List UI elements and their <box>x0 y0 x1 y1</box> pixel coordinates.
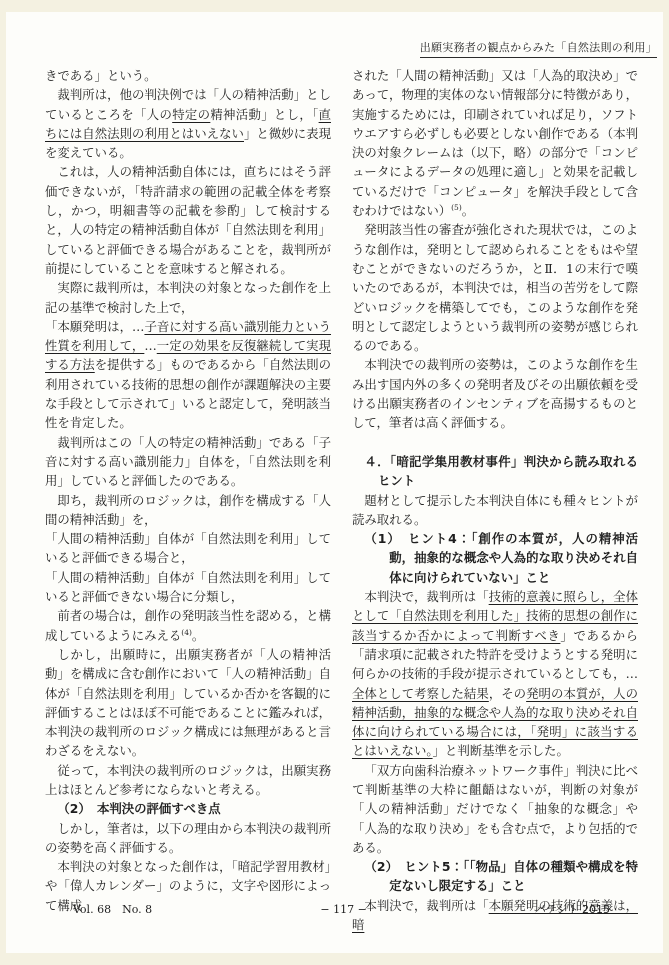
paragraph: 裁判所はこの「人の特定の精神活動」である「子音に対する高い識別能力」自体を，「自… <box>45 433 331 491</box>
text-run: これは，人の精神活動自体には，直ちにはそう評価できないが，「特許請求の範囲の記載… <box>45 164 331 275</box>
paragraph: 実際に裁判所は，本判決の対象となった創作を上記の基準で検討した上で， <box>45 278 331 317</box>
text-run: ４．「暗記学集用教材事件」判決から読み取れるヒント <box>364 454 638 488</box>
right-column: された「人間の精神活動」又は「人為的取決め」であって，物理的実体のない情報部分に… <box>352 66 638 934</box>
text-run: （2） ヒント5：「「物品」自体の種類や構成を特定ないし限定する」こと <box>364 859 638 893</box>
paragraph: 従って，本判決の裁判所のロジックは，出願実務上はほとんど参考にならないと考える。 <box>45 761 331 800</box>
text-run: （1） ヒント4：「創作の本質が，人の精神活動，抽象的な概念や人為的な取り決めそ… <box>364 531 638 585</box>
paragraph: 本判決で，裁判所は「技術的意義に照らし，全体として「自然法則を利用した」技術的思… <box>352 587 638 761</box>
text-run: 実際に裁判所は，本判決の対象となった創作を上記の基準で検討した上で， <box>45 280 331 314</box>
text-run: しかし，出願時に，出願実務者が「人の精神活動」を構成に含む創作において「人の精神… <box>45 647 331 758</box>
text-run: 」と判断基準を示した。 <box>433 743 569 758</box>
paragraph: 即ち，裁判所のロジックは，創作を構成する「人間の精神活動」を， <box>45 491 331 530</box>
document-page: 出願実務者の観点からみた「自然法則の利用」 きである」という。裁判所は，他の判決… <box>0 0 669 965</box>
text-run: 発明該当性の審査が強化された現状では，このような創作は，発明として認められること… <box>352 222 638 353</box>
text-run: 精神活動」とし，「 <box>210 107 318 122</box>
footer-journal-name: パテント 2015 <box>535 901 610 917</box>
text-run: 前者の場合は，創作の発明該当性を認める，と構成しているようにみえる <box>45 608 331 642</box>
section-heading: ４．「暗記学集用教材事件」判決から読み取れるヒント <box>352 452 638 491</box>
paragraph: 「人間の精神活動」自体が「自然法則を利用」していると評価できる場合と， <box>45 529 331 568</box>
text-run: 題材として提示した本判決自体にも種々ヒントが読み取れる。 <box>352 493 638 527</box>
footnote-marker: (4) <box>181 627 192 636</box>
text-run: 即ち，裁判所のロジックは，創作を構成する「人間の精神活動」を， <box>45 493 331 527</box>
text-run: 。 <box>462 203 474 218</box>
paragraph: 題材として提示した本判決自体にも種々ヒントが読み取れる。 <box>352 491 638 530</box>
paragraph-spacer <box>352 433 638 452</box>
paragraph: きである」という。 <box>45 66 331 85</box>
left-column: きである」という。裁判所は，他の判決例では「人の精神活動」としているところを「人… <box>45 66 331 934</box>
text-run: 「本願発明は，… <box>45 319 144 334</box>
text-run: された「人間の精神活動」又は「人為的取決め」であって，物理的実体のない情報部分に… <box>352 68 638 218</box>
footer-volume-number: Vol. 68 No. 8 <box>73 901 152 917</box>
paragraph: これは，人の精神活動自体には，直ちにはそう評価できないが，「特許請求の範囲の記載… <box>45 162 331 278</box>
underlined-text: 特定の <box>172 107 210 122</box>
footer-page-number: − 117 − <box>320 903 366 916</box>
text-run: 従って，本判決の裁判所のロジックは，出願実務上はほとんど参考にならないと考える。 <box>45 763 331 797</box>
underlined-text: 全体として考察した結果 <box>352 686 489 701</box>
text-run: （2） 本判決の評価すべき点 <box>57 801 220 816</box>
text-run: 。 <box>192 628 204 643</box>
text-run: 「人間の精神活動」自体が「自然法則を利用」していると評価できる場合と， <box>45 531 331 565</box>
paragraph: 本判決での裁判所の姿勢は，このような創作を生み出す国内外の多くの発明者及びその出… <box>352 355 638 432</box>
paragraph: しかし，筆者は，以下の理由から本判決の裁判所の姿勢を高く評価する。 <box>45 819 331 858</box>
paragraph: 「本願発明は，…子音に対する高い識別能力という性質を利用して，…一定の効果を反復… <box>45 317 331 433</box>
hint-heading: （1） ヒント4：「創作の本質が，人の精神活動，抽象的な概念や人為的な取り決めそ… <box>352 529 638 587</box>
footnote-marker: (5) <box>451 203 462 212</box>
text-run: 本判決で，裁判所は「 <box>364 589 488 604</box>
running-header-title: 出願実務者の観点からみた「自然法則の利用」 <box>420 39 657 58</box>
text-run: 裁判所はこの「人の特定の精神活動」である「子音に対する高い識別能力」自体を，「自… <box>45 435 331 489</box>
text-run: しかし，筆者は，以下の理由から本判決の裁判所の姿勢を高く評価する。 <box>45 821 331 855</box>
text-run: … <box>144 338 156 353</box>
text-run: きである」という。 <box>45 68 157 83</box>
paragraph: 「双方向歯科治療ネットワーク事件」判決に比べて判断基準の大枠に齟齬はないが，判断… <box>352 761 638 857</box>
paragraph: 「人間の精神活動」自体が「自然法則を利用」していると評価できない場合に分類し， <box>45 568 331 607</box>
hint-heading: （2） ヒント5：「「物品」自体の種類や構成を特定ないし限定する」こと <box>352 857 638 896</box>
text-run: 「双方向歯科治療ネットワーク事件」判決に比べて判断基準の大枠に齟齬はないが，判断… <box>352 763 638 855</box>
text-run: ，その <box>489 686 526 701</box>
paragraph: しかし，出願時に，出願実務者が「人の精神活動」を構成に含む創作において「人の精神… <box>45 645 331 761</box>
text-run: 本判決での裁判所の姿勢は，このような創作を生み出す国内外の多くの発明者及びその出… <box>352 357 638 430</box>
paragraph: された「人間の精神活動」又は「人為的取決め」であって，物理的実体のない情報部分に… <box>352 66 638 220</box>
two-column-body: きである」という。裁判所は，他の判決例では「人の精神活動」としているところを「人… <box>45 66 639 934</box>
paragraph: 前者の場合は，創作の発明該当性を認める，と構成しているようにみえる(4)。 <box>45 606 331 645</box>
paragraph: 発明該当性の審査が強化された現状では，このような創作は，発明として認められること… <box>352 220 638 355</box>
page-footer: Vol. 68 No. 8 − 117 − パテント 2015 <box>73 901 610 917</box>
paragraph: 裁判所は，他の判決例では「人の精神活動」としているところを「人の特定の精神活動」… <box>45 85 331 162</box>
subsection-heading: （2） 本判決の評価すべき点 <box>45 799 331 818</box>
text-run: 「人間の精神活動」自体が「自然法則を利用」していると評価できない場合に分類し， <box>45 570 331 604</box>
